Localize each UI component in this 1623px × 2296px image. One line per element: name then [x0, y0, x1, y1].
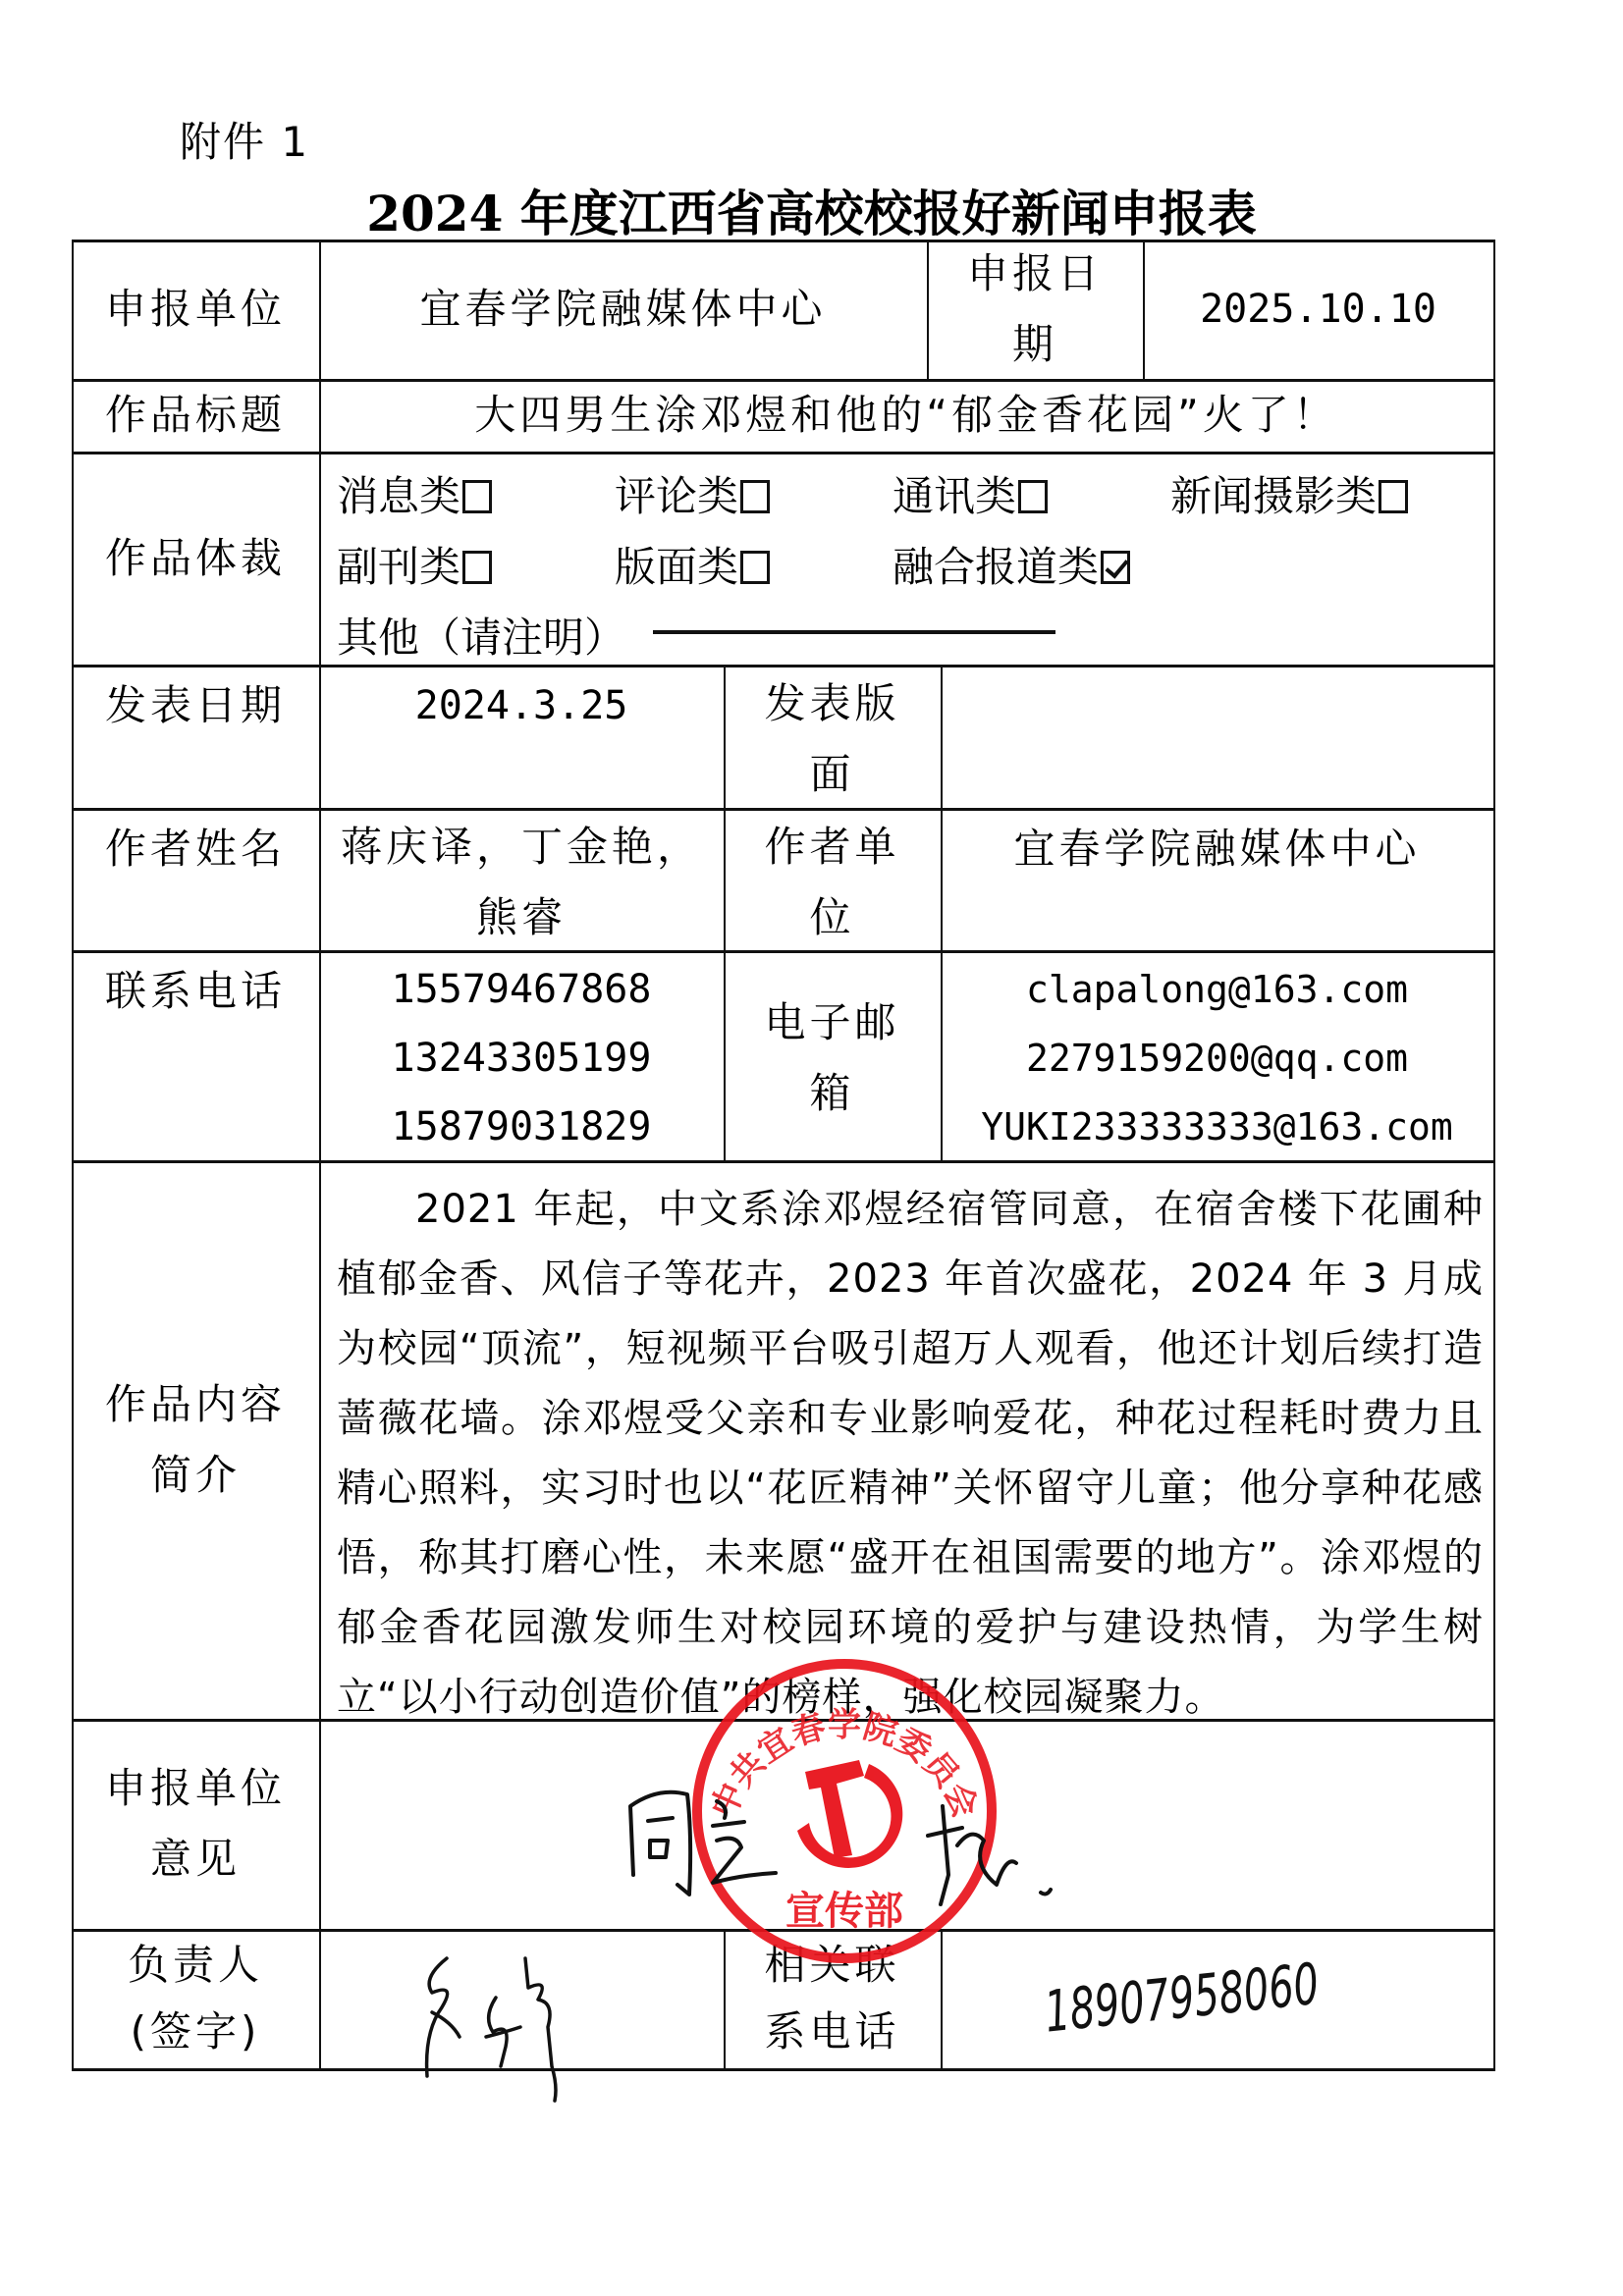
responsible-label: 负责人 (签字)	[72, 1929, 319, 2068]
phone-1: 15579467868	[392, 955, 652, 1024]
checkbox-unchecked-icon[interactable]	[462, 551, 492, 584]
work-title-value: 大四男生涂邓煜和他的“郁金香花园”火了！	[319, 379, 1493, 452]
genre-option-layout[interactable]: 版面类	[615, 532, 893, 603]
summary-label-line1: 作品内容	[105, 1369, 286, 1440]
author-unit-label: 作者单 位	[724, 808, 941, 950]
table-border	[1493, 240, 1495, 2071]
author-unit-label-line1: 作者单	[764, 812, 899, 882]
publish-date-label: 发表日期	[72, 665, 319, 808]
emails-value: clapalong@163.com 2279159200@qq.com YUKI…	[941, 950, 1493, 1160]
handwritten-signature	[412, 1939, 609, 2115]
author-unit-label-line2: 位	[809, 882, 854, 953]
emails-label-line1: 电子邮	[764, 988, 899, 1058]
genre-option-commentary[interactable]: 评论类	[615, 461, 893, 532]
summary-text: 2021 年起，中文系涂邓煜经宿管同意，在宿舍楼下花圃种植郁金香、风信子等花卉，…	[337, 1175, 1484, 1733]
report-date-label: 申报日 期	[927, 240, 1143, 379]
checkbox-unchecked-icon[interactable]	[740, 551, 770, 584]
phone-3: 15879031829	[392, 1093, 652, 1161]
genre-label: 作品体裁	[72, 452, 319, 665]
emails-label: 电子邮 箱	[724, 950, 941, 1160]
author-unit-value: 宜春学院融媒体中心	[941, 808, 1493, 950]
unit-opinion-label-line2: 意见	[150, 1824, 241, 1895]
author-names-label: 作者姓名	[72, 808, 319, 950]
page-title: 2024 年度江西省高校校报好新闻申报表	[0, 175, 1623, 245]
summary-label-line2: 简介	[150, 1440, 241, 1511]
summary-label: 作品内容 简介	[72, 1160, 319, 1719]
annex-label: 附件 1	[180, 110, 309, 169]
author-names-line1: 蒋庆译，丁金艳，	[341, 812, 702, 882]
email-1: clapalong@163.com	[1026, 955, 1408, 1024]
unit-opinion-label-line1: 申报单位	[105, 1753, 286, 1824]
responsible-label-line2: (签字)	[131, 1999, 261, 2065]
checkbox-unchecked-icon[interactable]	[1018, 480, 1048, 513]
emails-label-line2: 箱	[809, 1058, 854, 1129]
email-3: YUKI233333333@163.com	[981, 1093, 1452, 1161]
genre-option-news[interactable]: 消息类	[337, 461, 615, 532]
phone-2: 13243305199	[392, 1024, 652, 1093]
publish-date-value: 2024.3.25	[319, 665, 724, 808]
genre-option-convergence[interactable]: 融合报道类	[893, 532, 1130, 603]
genre-option-photojournalism[interactable]: 新闻摄影类	[1170, 461, 1408, 532]
handwritten-opinion	[619, 1747, 1070, 1924]
email-2: 2279159200@qq.com	[1026, 1024, 1408, 1093]
genre-option-supplement[interactable]: 副刊类	[337, 532, 615, 603]
reporting-unit-value: 宜春学院融媒体中心	[319, 240, 927, 379]
other-specify-field[interactable]	[653, 630, 1055, 634]
handwritten-related-phone: 18907958060	[1036, 1939, 1330, 2047]
publish-page-value	[941, 665, 1493, 808]
genre-option-other[interactable]: 其他（请注明）	[337, 603, 1055, 673]
author-names-value: 蒋庆译，丁金艳， 熊睿	[319, 808, 724, 950]
checkbox-unchecked-icon[interactable]	[740, 480, 770, 513]
checkbox-unchecked-icon[interactable]	[462, 480, 492, 513]
report-date-label-line2: 期	[1012, 309, 1057, 380]
report-date-value: 2025.10.10	[1143, 240, 1493, 379]
author-names-line2: 熊睿	[476, 882, 567, 953]
checkbox-checked-icon[interactable]	[1101, 551, 1130, 584]
summary-paragraph: 2021 年起，中文系涂邓煜经宿管同意，在宿舍楼下花圃种植郁金香、风信子等花卉，…	[337, 1175, 1484, 1733]
svg-text:18907958060: 18907958060	[1042, 1950, 1323, 2046]
reporting-unit-label: 申报单位	[72, 240, 319, 379]
related-phone-label-line2: 系电话	[764, 1999, 899, 2065]
publish-page-label-line1: 发表版	[764, 668, 899, 739]
publish-page-label-line2: 面	[809, 739, 854, 810]
phones-label: 联系电话	[72, 950, 319, 1160]
publish-page-label: 发表版 面	[724, 665, 941, 808]
work-title-label: 作品标题	[72, 379, 319, 452]
table-border	[72, 2068, 1495, 2071]
unit-opinion-label: 申报单位 意见	[72, 1719, 319, 1929]
responsible-label-line1: 负责人	[128, 1932, 263, 1999]
phones-value: 15579467868 13243305199 15879031829	[319, 950, 724, 1160]
report-date-label-line1: 申报日	[967, 239, 1103, 309]
genre-options: 消息类 评论类 通讯类 新闻摄影类 副刊类 版面类 融合报道类 其他（请注明）	[337, 461, 1486, 673]
genre-option-feature[interactable]: 通讯类	[893, 461, 1170, 532]
checkbox-unchecked-icon[interactable]	[1379, 480, 1408, 513]
